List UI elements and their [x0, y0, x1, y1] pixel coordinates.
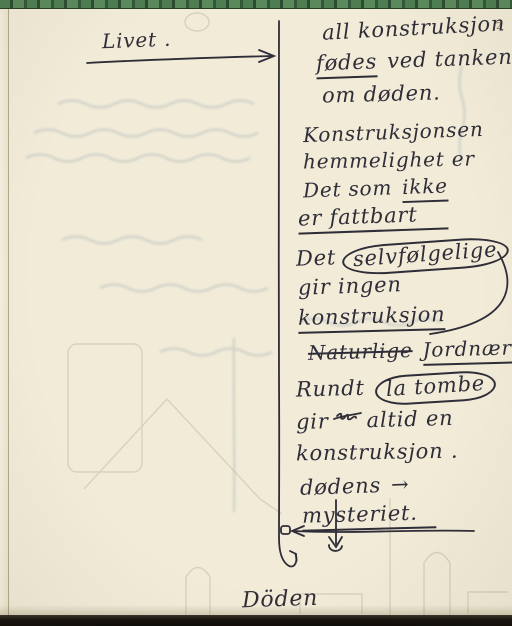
selfevident-pre: Det [296, 245, 337, 270]
down-arrowhead [329, 537, 342, 547]
book-cloth-top-edge [0, 0, 512, 9]
scan-bottom-edge [0, 615, 512, 626]
phrase-fattbart-underlined: er fattbart [298, 201, 448, 234]
hook-arrowhead [290, 551, 297, 561]
down-arrow-cup [329, 545, 342, 551]
mystery-line1-text: dødens [300, 473, 382, 500]
note-secret-line1: Konstruksjonsen [303, 119, 484, 145]
note-mystery-line2: mysteriet. [302, 502, 436, 526]
binding-margin [0, 8, 8, 615]
note-secret-line2: hemmelighet er [303, 149, 475, 172]
note-secret-line3: Det somikke [303, 175, 448, 200]
note-birth-line2: fødesved tanken [316, 47, 512, 75]
word-mysteriet-underlined: mysteriet. [302, 500, 436, 531]
word-ikke-underlined: ikke [402, 173, 449, 203]
ink-stroke-layer [87, 21, 507, 566]
word-jordnaere-underlined: Jordnære [422, 335, 512, 366]
tomb-line3-pre: gir [296, 409, 329, 434]
vertical-rule [279, 21, 280, 538]
vertical-rule-hook [279, 538, 296, 566]
livet-arrow-shaft [87, 56, 271, 63]
page-edge-shadow [0, 605, 512, 615]
note-tomb-line2: Rundtla tombe [296, 371, 497, 406]
word-konstruksjon-underlined: konstruksjon [298, 302, 446, 334]
phrase-latombe-circled: la tombe [374, 369, 497, 406]
note-tomb-line3: giraltid en [296, 408, 454, 433]
pyramid-sketch [84, 399, 282, 514]
note-birth-line3: om døden. [322, 82, 441, 106]
note-secret-line4: er fattbart [298, 203, 448, 229]
tomb-line2-pre: Rundt [296, 376, 365, 402]
note-selfevident-line1: Detselvfølgelige [296, 238, 510, 275]
word-selvfolgelige-circled: selvfølgelige [341, 235, 509, 277]
note-tomb-line1: NaturligeJordnære [308, 337, 512, 363]
binding-edge-line [8, 8, 9, 615]
junction-loop [281, 526, 290, 534]
word-naturlige-struck: Naturlige [308, 338, 413, 365]
note-selfevident-line2: gir ingen [298, 274, 402, 299]
notebook-page-scan: 2 Livet . all konstruksjon fødesved tank… [0, 0, 512, 626]
tomb-line3-rest: altid en [366, 406, 453, 432]
stele-sketch [68, 344, 142, 472]
note-mystery-line1: dødens→ [300, 474, 410, 499]
word-fodes-underlined: fødes [316, 49, 378, 79]
smudge-circle [185, 13, 209, 31]
note-tomb-line4: konstruksjon . [296, 441, 459, 465]
right-arrow-glyph: → [391, 472, 410, 497]
left-heading-livet: Livet . [102, 29, 172, 51]
note-selfevident-line3: konstruksjon [298, 304, 446, 329]
note-birth-line1: all konstruksjon [322, 13, 506, 44]
secret-line3-pre: Det som [303, 175, 393, 202]
birth-line2-rest: ved tanken [387, 45, 512, 73]
livet-arrowhead [259, 50, 274, 62]
